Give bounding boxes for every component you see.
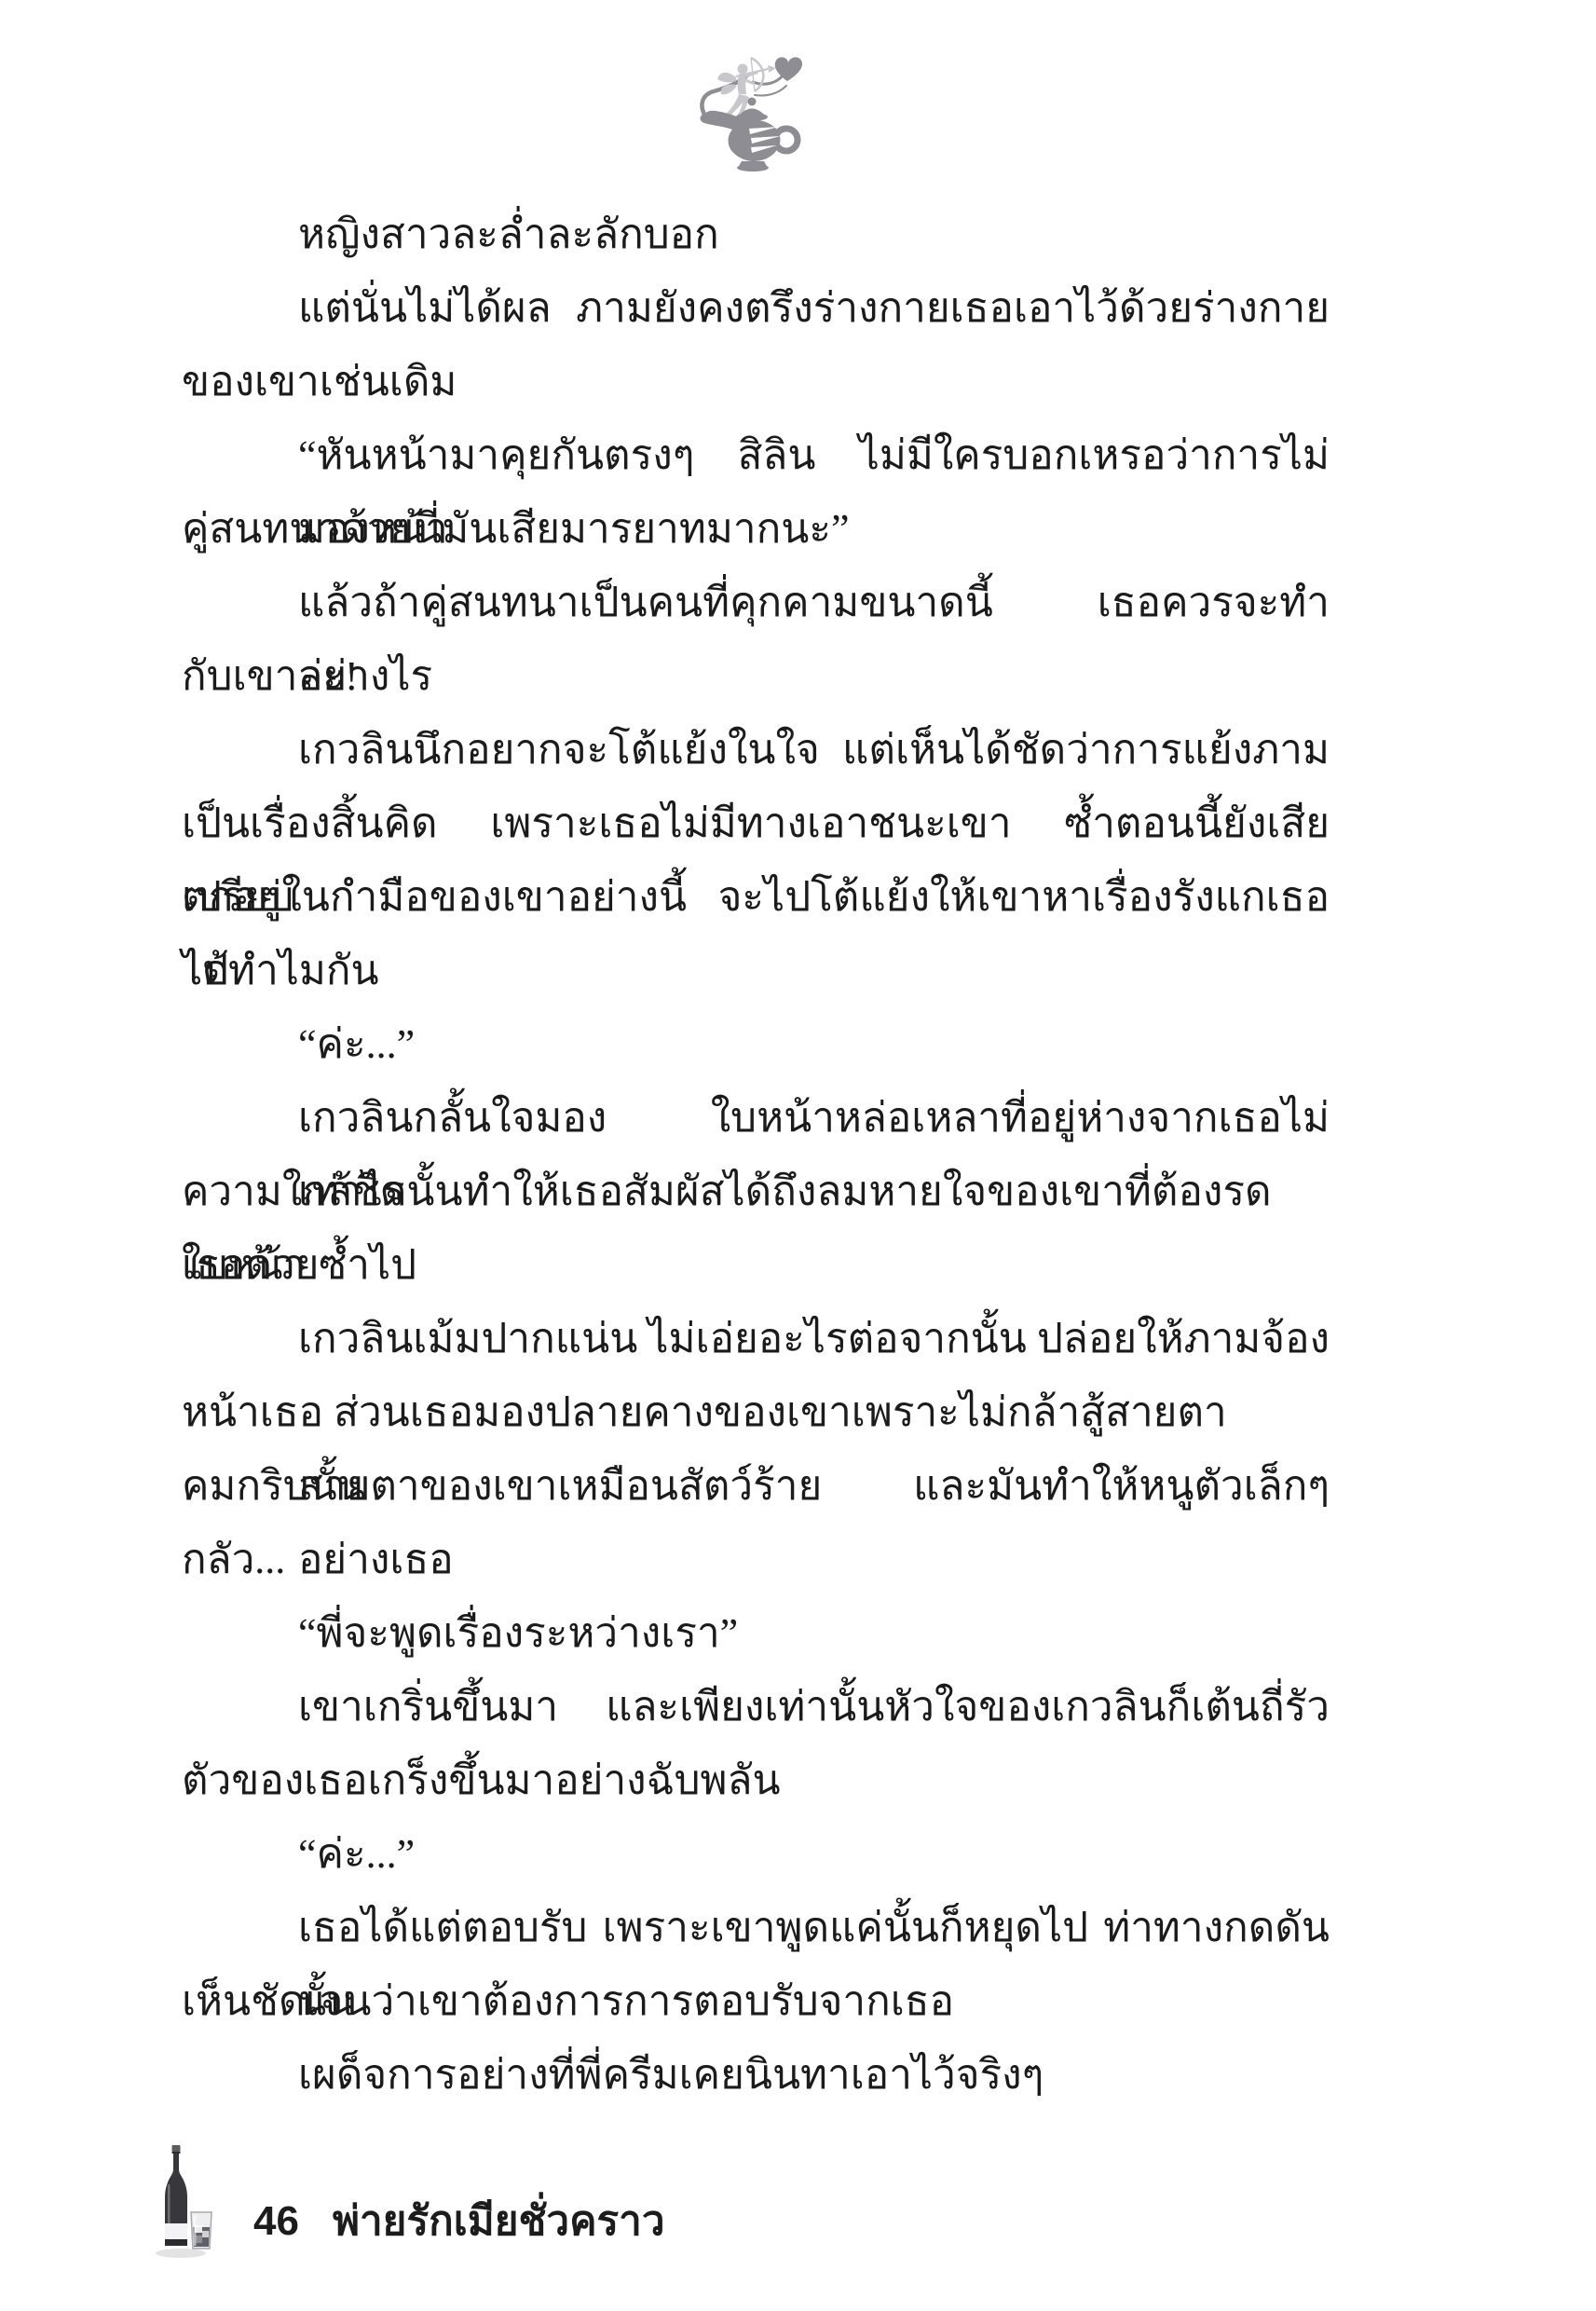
wine-bottle-and-glass-icon <box>155 2143 214 2259</box>
text-line: เธอได้แต่ตอบรับ เพราะเขาพูดแค่นั้นก็หยุด… <box>182 1891 1330 1964</box>
text-line: เกวลินเม้มปากแน่น ไม่เอ่ยอะไรต่อจากนั้น … <box>182 1302 1330 1375</box>
text-line: ไปทำไมกัน <box>182 934 1330 1007</box>
text-line: ตัวของเธอเกร็งขึ้นมาอย่างฉับพลัน <box>182 1744 1330 1817</box>
page-text: หญิงสาวละล่ำละลักบอกแต่นั่นไม่ได้ผล ภามย… <box>182 198 1330 2112</box>
ornament-svg <box>697 54 807 173</box>
footer: 46 พ่ายรักเมียชั่วคราว <box>253 2195 665 2248</box>
text-line: ตกอยู่ในกำมือของเขาอย่างนี้ จะไปโต้แย้งใ… <box>182 860 1330 934</box>
text-line: หน้าเธอ ส่วนเธอมองปลายคางของเขาเพราะไม่ก… <box>182 1375 1330 1449</box>
text-line: เธอด้วยซ้ำไป <box>182 1228 1330 1302</box>
text-line: “พี่จะพูดเรื่องระหว่างเรา” <box>182 1596 1330 1670</box>
text-line: เผด็จการอย่างที่พี่ครีมเคยนินทาเอาไว้จริ… <box>182 2038 1330 2112</box>
text-line: กับเขาล่ะ! <box>182 639 1330 713</box>
text-line: สายตาของเขาเหมือนสัตว์ร้าย และมันทำให้หน… <box>182 1449 1330 1523</box>
text-line: แต่นั่นไม่ได้ผล ภามยังคงตรึงร่างกายเธอเอ… <box>182 271 1330 345</box>
text-line: เป็นเรื่องสิ้นคิด เพราะเธอไม่มีทางเอาชนะ… <box>182 786 1330 860</box>
text-line: เกวลินนึกอยากจะโต้แย้งในใจ แต่เห็นได้ชัด… <box>182 713 1330 786</box>
text-line: เกวลินกลั้นใจมอง ใบหน้าหล่อเหลาที่อยู่ห่… <box>182 1081 1330 1155</box>
text-line: คู่สนทนาด้วยนี่มันเสียมารยาทมากนะ” <box>182 492 1330 566</box>
text-line: “ค่ะ...” <box>182 1817 1330 1891</box>
text-line: ของเขาเช่นเดิม <box>182 345 1330 418</box>
text-line: แล้วถ้าคู่สนทนาเป็นคนที่คุกคามขนาดนี้ เธ… <box>182 566 1330 639</box>
page-number: 46 <box>253 2195 299 2248</box>
text-line: หญิงสาวละล่ำละลักบอก <box>182 198 1330 271</box>
text-line: “ค่ะ...” <box>182 1007 1330 1081</box>
footer-icon-svg <box>155 2143 214 2259</box>
text-line: เห็นชัดเจนว่าเขาต้องการการตอบรับจากเธอ <box>182 1964 1330 2038</box>
text-line: ความใกล้ชิดนั้นทำให้เธอสัมผัสได้ถึงลมหาย… <box>182 1155 1330 1228</box>
text-line: เขาเกริ่นขึ้นมา และเพียงเท่านั้นหัวใจของ… <box>182 1670 1330 1744</box>
cupid-genie-lamp-ornament-icon <box>697 54 807 173</box>
book-page: หญิงสาวละล่ำละลักบอกแต่นั่นไม่ได้ผล ภามย… <box>0 0 1596 2311</box>
text-line: “หันหน้ามาคุยกันตรงๆ สิลิน ไม่มีใครบอกเห… <box>182 418 1330 492</box>
book-title: พ่ายรักเมียชั่วคราว <box>333 2195 665 2248</box>
